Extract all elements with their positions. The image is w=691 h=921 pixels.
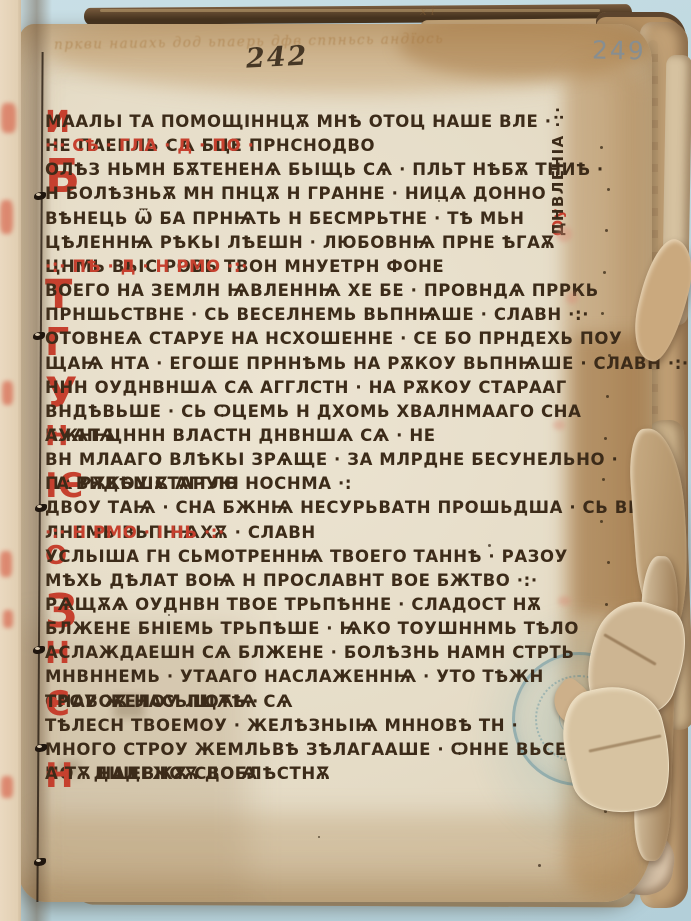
- red-offset-mark: [556, 226, 572, 242]
- text-segment: ВНДѢВЬШЕ · СЬ ѺЦЕМЬ Н ДХОМЬ ХВАЛНМААГО С…: [45, 402, 581, 421]
- text-segment: ·:· Н РМО · І НЬ ·:·: [45, 523, 225, 542]
- text-segment: ТРОУ ЖЕЛОУ ЛЮТѢ ·: [45, 692, 259, 711]
- red-ink-offset: [3, 610, 13, 628]
- text-segment: ННН ОУДНВНШѦ СѦ АГГЛСТН · НА РѪКОУ СТАРА…: [45, 378, 567, 397]
- red-ink-offset: [1, 103, 16, 133]
- red-ink-offset: [2, 381, 13, 405]
- text-segment: Н БОЛѢЗНЬѪ МН ПНЦѪ Н ГРАННЕ · НИЦѦ ДОННО: [45, 184, 546, 203]
- gutter-fold-shadow: [18, 0, 52, 921]
- text-segment: МНВННЕМЬ · УТААГО НАСЛАЖЕННѨ · УТО ТѢЖН: [45, 667, 544, 686]
- text-segment: РѦЩѪѦ ОУДНВН ТВОЕ ТРЬПѢННЕ · СЛАДОСТ НѪ: [45, 595, 542, 614]
- text-segment: БЛЖЕНЕ БНІЕМЬ ТРЬПѢШЕ · ѨКО ТОУШННМЬ ТѢЛ…: [45, 619, 579, 638]
- text-segment: МААЛЬІ ТА ПОМОЩІННЦѪ МНѢ ОТОЦ НАШЕ ВЛЕ ·: [45, 112, 552, 131]
- text-segment: ЩАѨ НТА · ЕГОШЕ ПРННѢМЬ НА РѪКОУ ВЬПНѨШЕ…: [45, 354, 689, 373]
- red-offset-mark: [558, 596, 571, 606]
- red-ink-offset: [0, 200, 13, 234]
- text-segment: АУѦТ ЦННН ВЛАСТН ДНВНШѦ СѦ · НЕ: [45, 426, 436, 445]
- text-segment: ВОЕГО НА ЗЕМЛН ѨВЛЕННѨ ХЕ БЕ · ПРОВНДѦ П…: [45, 281, 599, 300]
- red-ink-offset: [0, 551, 12, 577]
- text-segment: ГА ВНДѢШѪ АГГЛН: [45, 474, 239, 493]
- text-segment: МНОГО СТРОУ ЖЕМЛЬВѢ ЗѢЛАГААШЕ · ѺННЕ ВЬС…: [45, 740, 595, 759]
- red-ink-offset: [1, 776, 13, 798]
- text-segment: А ТѪ НАДЕЖѪ СВОѨ: [45, 764, 258, 783]
- text-segment: ВН МЛААГО ВЛѢКЬІ ЗРѦЩЕ · ЗА МЛРДНЕ БЕСУН…: [45, 450, 618, 469]
- text-segment: УСЛЬІША ГН СЬМОТРЕННѨ ТВОЕГО ТАННѢ · РАЗ…: [45, 547, 568, 566]
- text-segment: ·:· ПѢ · Д · Н РМО ·:·: [45, 257, 248, 276]
- red-offset-mark: [566, 292, 578, 304]
- text-segment: ОЛѢЗ НЬМН БѪТЕНЕНѦ БЬІЩЬ СѦ · ПЛЬТ НѢБѪ …: [45, 160, 604, 179]
- text-segment: ВѢНЕЦЬ Ѿ БА ПРНѨТЬ Н БЕСМРЬТНЕ · ТѢ МЬН: [45, 209, 524, 228]
- red-offset-mark: [553, 420, 565, 430]
- text-segment: ТѢЛЕСН ТВОЕМОУ · ЖЕЛѢЗНЬІѨ МННОВѢ ТН ·: [45, 716, 518, 735]
- text-segment: ЦѢЛЕННѨ РѢКЬІ ЛѢЕШН · ЛЮБОВНѨ ПРНЕ ѢГАѪ: [45, 233, 555, 252]
- manuscript-photo: х ї пркви наиахь дод ьпаерь дфв сппньсь …: [0, 0, 691, 921]
- text-segment: ПРНШЬСТВНЕ · СЬ ВЕСЕЛНЕМЬ ВЬПНѨШЕ · СЛАВ…: [45, 305, 589, 324]
- text-segment: МѢХЬ ДѢЛАТ ВОѨ Н ПРОСЛАВНТ ВОЕ БЖТВО ·:·: [45, 571, 538, 590]
- text-segment: АСЛАЖДАЕШН СѦ БЛЖЕНЕ · БОЛѢЗНЬ НАМН СТРТ…: [45, 643, 575, 662]
- text-segment: ДВОУ ТАѨ · СНА БЖНѨ НЕСУРЬВАТН ПРОШЬДША …: [45, 498, 664, 517]
- text-segment: ОТОВНЕѦ СТАРУЕ НА НСХОШЕННЕ · СЕ БО ПРНД…: [45, 329, 622, 348]
